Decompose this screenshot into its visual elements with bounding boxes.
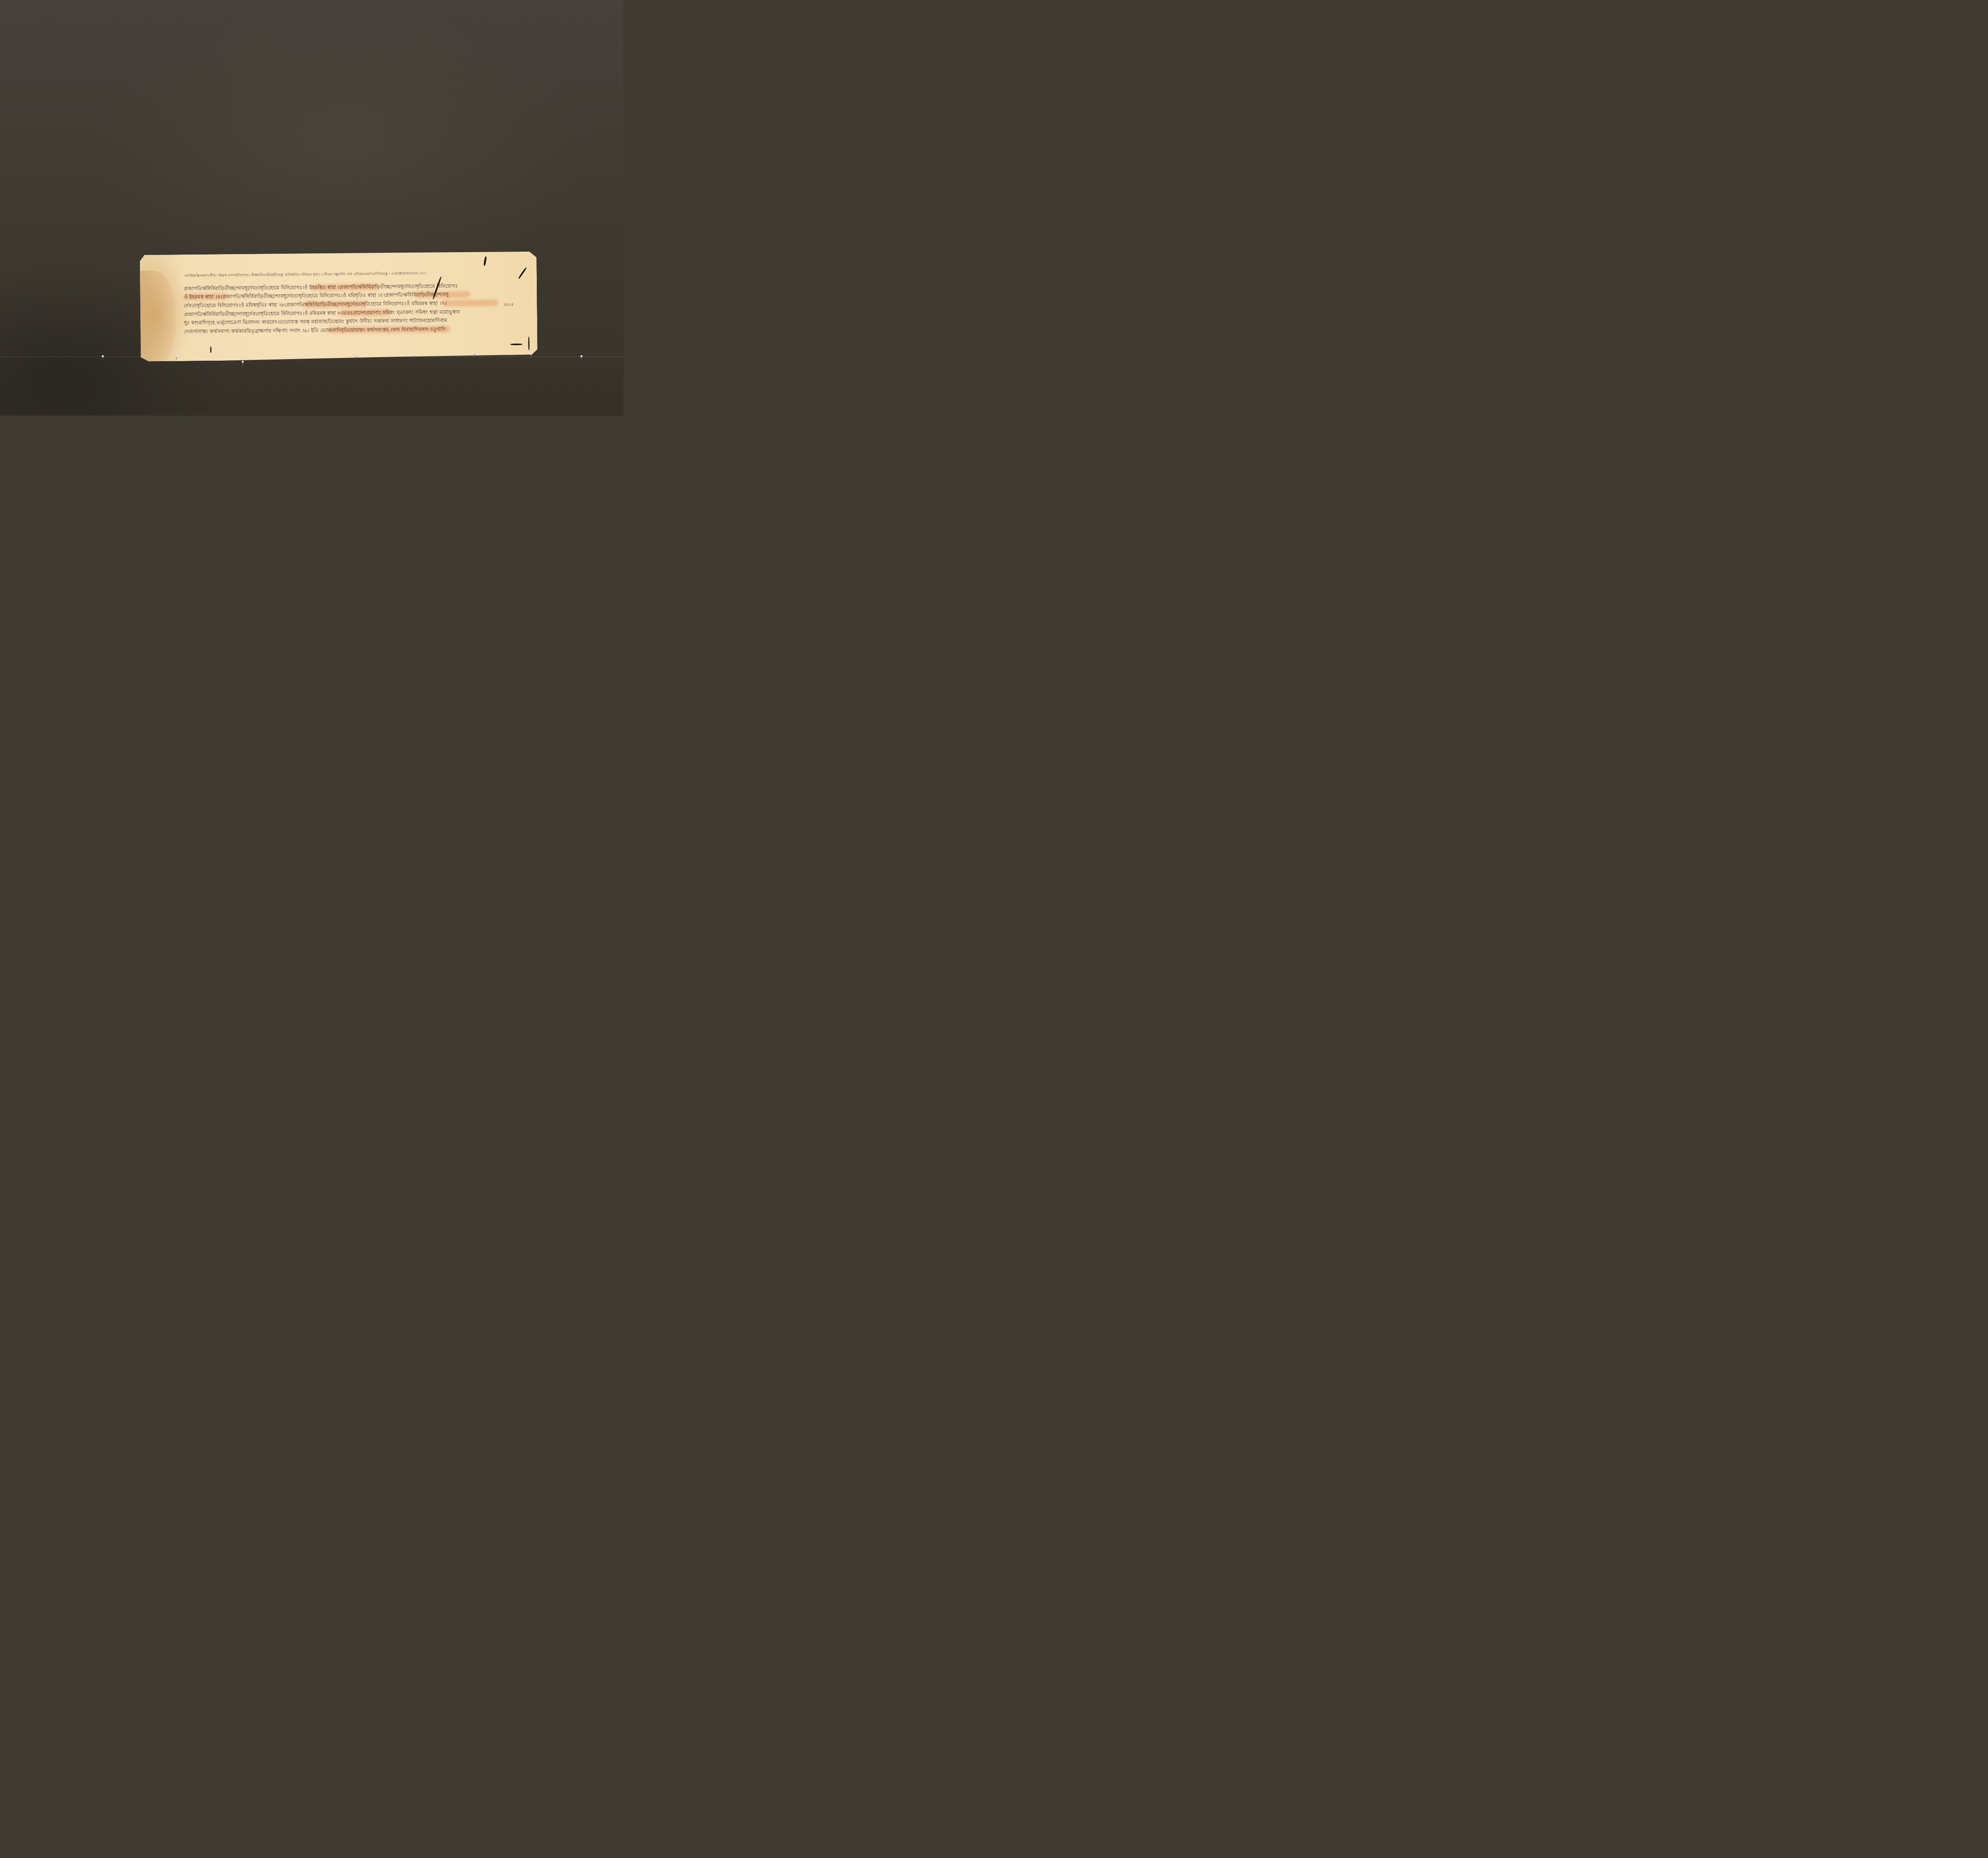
display-pin <box>473 352 475 354</box>
water-stain <box>140 270 177 361</box>
display-pin <box>530 353 532 355</box>
worm-hole <box>210 346 212 353</box>
rubric-highlight <box>443 299 498 306</box>
text-line-6: দেব্যগানান্তং কর্ম্মসমাপ্য কর্ম্মকারয়িত… <box>184 326 446 336</box>
worm-hole <box>518 267 527 279</box>
worm-hole <box>483 256 487 266</box>
display-pin <box>175 355 177 358</box>
display-pin <box>242 361 244 363</box>
folio-number: ॥২২॥ <box>504 302 513 309</box>
display-pin <box>412 354 414 356</box>
worm-hole <box>511 344 522 345</box>
display-pin <box>580 355 582 358</box>
display-pin <box>355 354 357 357</box>
display-pin <box>102 355 104 358</box>
display-pin <box>297 356 299 359</box>
manuscript-leaf: তথাইহরম্ভিঃরমণঃক্রীড়া ।ইহমম্ব মযাসাইতিশ… <box>140 251 538 361</box>
worm-hole <box>528 337 529 350</box>
header-text-line: তথাইহরম্ভিঃরমণঃক্রীড়া ।ইহমম্ব মযাসাইতিশ… <box>184 271 426 279</box>
